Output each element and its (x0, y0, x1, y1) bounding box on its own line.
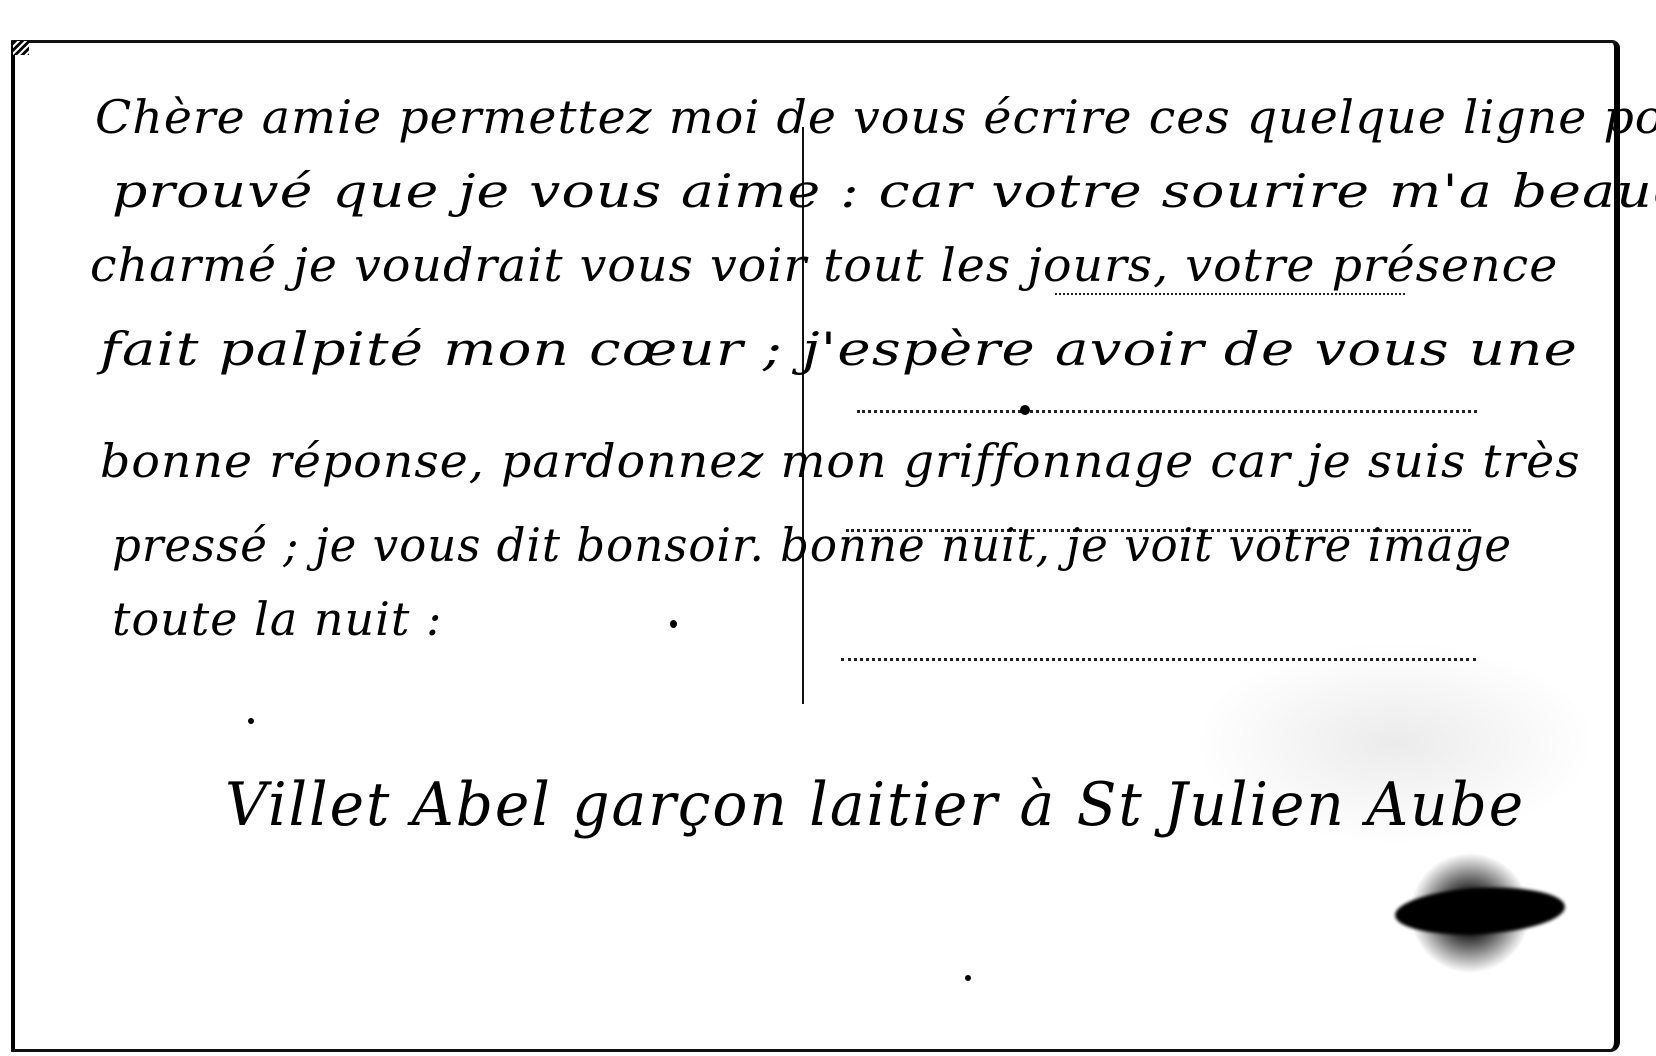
corner-mark (13, 41, 29, 55)
ink-speck (248, 718, 254, 724)
ink-stain (1394, 884, 1566, 939)
message-line-3: charmé je voudrait vous voir tout les jo… (90, 238, 1558, 292)
message-line-4: fait palpité mon cœur ; j'espère avoir d… (100, 322, 1578, 376)
message-line-7: toute la nuit : (112, 592, 442, 646)
message-line-5: bonne réponse, pardonnez mon griffonnage… (100, 434, 1581, 488)
address-line-1 (857, 410, 1477, 413)
message-line-6: pressé ; je vous dit bonsoir. bonne nuit… (112, 518, 1512, 572)
message-line-1: Chère amie permettez moi de vous écrire … (95, 90, 1656, 144)
ink-speck (670, 620, 677, 628)
ink-speck (1020, 405, 1030, 415)
address-line-underline (1055, 293, 1405, 295)
ink-speck (965, 975, 971, 981)
message-line-2: prouvé que je vous aime : car votre sour… (112, 164, 1656, 218)
signature: Villet Abel garçon laitier à St Julien A… (225, 770, 1525, 840)
address-line-3 (841, 658, 1476, 661)
